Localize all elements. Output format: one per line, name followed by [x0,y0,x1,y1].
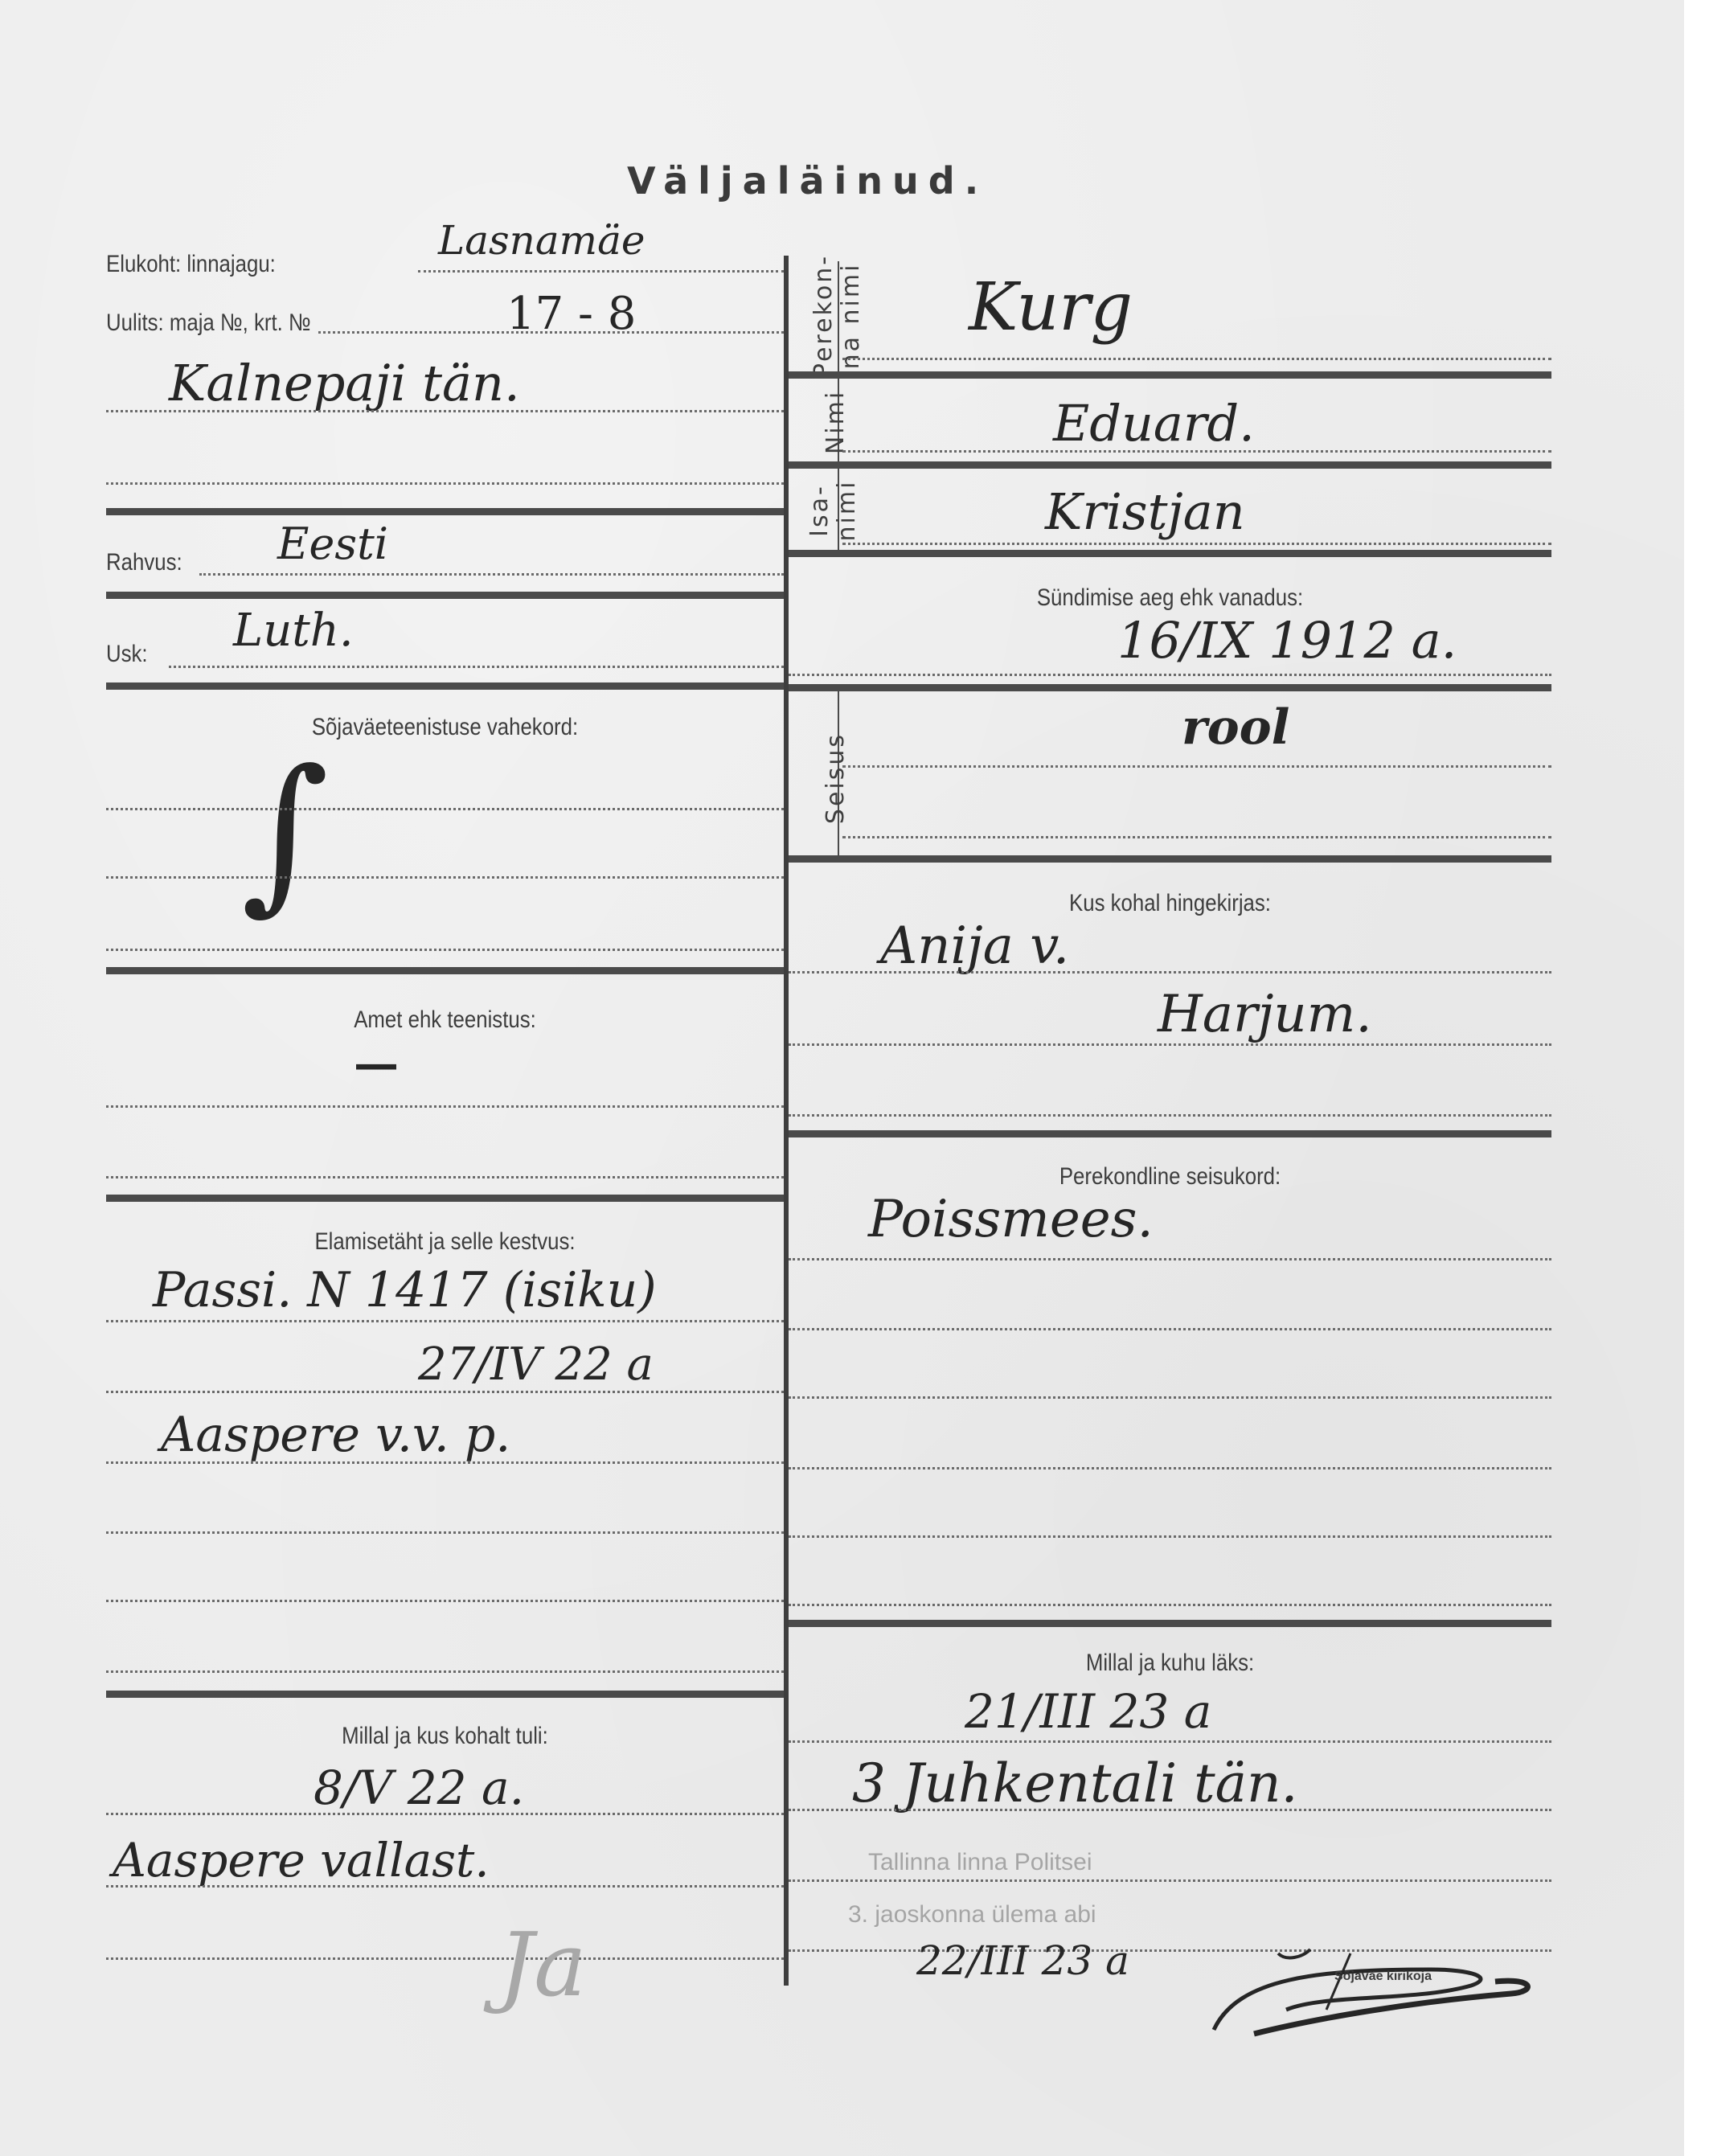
police-stamp-line-1: Tallinna linna Politsei [868,1849,1092,1876]
residence-permit-heading: Elamisetäht ja selle kestvus: [154,1228,736,1256]
dotted-line [789,1396,1551,1399]
street-number-value: 17 - 8 [506,288,636,340]
dotted-line [106,949,784,951]
arrival-heading: Millal ja kus kohalt tuli: [154,1723,736,1750]
dotted-line [789,1114,1551,1117]
dotted-line [106,1391,784,1393]
patronymic-value: Kristjan [1045,482,1245,541]
dotted-line [106,410,784,412]
occupation-value: — [354,1037,399,1090]
dotted-line [106,1600,784,1602]
birth-value: 16/IX 1912 a. [1117,611,1457,670]
status-label: Seisus [822,710,854,846]
pencil-initials: Ja [498,1913,587,2016]
dotted-line [789,1043,1551,1046]
section-divider [789,461,1551,469]
section-divider [789,1620,1551,1627]
dotted-line [169,666,784,668]
dotted-line [789,1467,1551,1469]
section-divider [789,1130,1551,1137]
dotted-line [106,1176,784,1178]
first-name-label: Nimi [822,374,854,470]
dotted-line [106,876,784,879]
section-divider [106,508,784,515]
arrival-value-1: 8/V 22 a. [314,1760,524,1815]
residence-permit-value-3: Aaspere v.v. p. [161,1407,510,1463]
residence-permit-value-2: 27/IV 22 a [418,1338,654,1391]
arrival-value-2: Aaspere vallast. [113,1833,490,1888]
dotted-line [199,573,784,576]
section-divider [106,967,784,974]
dotted-line [842,543,1551,545]
residence-label: Elukoht: linnajagu: [106,251,276,278]
stamp-date: 22/III 23 a [916,1937,1129,1984]
dotted-line [789,1535,1551,1538]
dotted-line [789,1809,1551,1811]
residence-value: Lasnamäe [438,217,645,264]
column-divider [784,256,789,1986]
section-divider [789,550,1551,557]
section-divider [789,684,1551,691]
surname-label: Perekon- na nimi [810,240,867,392]
dotted-line [789,1328,1551,1330]
dotted-line [106,1531,784,1534]
dotted-line [789,1740,1551,1743]
section-divider [789,855,1551,863]
signature-scribble-icon [1206,1945,1543,2042]
nationality-label: Rahvus: [106,549,182,576]
departure-heading: Millal ja kuhu läks: [842,1650,1498,1677]
dotted-line [106,1461,784,1464]
registry-value-2: Harjum. [1158,985,1372,1044]
family-status-value: Poissmees. [868,1190,1154,1249]
street-label: Uulits: maja №, krt. № [106,309,311,337]
status-value: rool [1182,699,1289,756]
section-divider [106,592,784,599]
page-title: Väljaläinud. [627,159,988,203]
nationality-value: Eesti [277,519,388,569]
birth-heading: Sündimise aeg ehk vanadus: [842,584,1498,612]
section-divider [106,1691,784,1698]
dotted-line [106,1813,784,1815]
dotted-line [106,1320,784,1322]
dotted-line [842,450,1551,453]
dotted-line [106,1105,784,1108]
dotted-line [842,765,1551,768]
registry-heading: Kus kohal hingekirjas: [842,890,1498,917]
street-value: Kalnepaji tän. [169,354,520,412]
religion-value: Luth. [233,605,354,657]
dotted-line [106,1957,784,1960]
dotted-line [789,971,1551,973]
section-divider [106,682,784,690]
residence-permit-value-1: Passi. N 1417 (isiku) [153,1262,657,1318]
family-status-heading: Perekondline seisukord: [842,1163,1498,1191]
police-stamp-line-2: 3. jaoskonna ülema abi [848,1901,1096,1929]
dotted-line [789,1879,1551,1882]
dotted-line [418,270,784,273]
registry-value-1: Anija v. [880,916,1069,976]
dotted-line [789,1604,1551,1606]
departure-value-2: 3 Juhkentali tän. [852,1752,1297,1814]
occupation-heading: Amet ehk teenistus: [154,1006,736,1034]
section-divider [789,371,1551,379]
first-name-value: Eduard. [1053,394,1255,453]
religion-label: Usk: [106,641,148,668]
dotted-line [842,358,1551,360]
surname-value: Kurg [969,269,1133,346]
dotted-line [789,1258,1551,1260]
dotted-line [106,808,784,810]
section-divider [106,1195,784,1202]
paper-sheet: Väljaläinud. Elukoht: linnajagu: Lasnamä… [0,0,1684,2156]
signature [1206,1945,1543,2042]
departure-value-1: 21/III 23 a [965,1684,1211,1739]
dotted-line [789,674,1551,676]
signature-print: Sõjaväe kirikoja [1334,1970,1432,1984]
dotted-line [106,482,784,485]
dotted-line [106,1885,784,1888]
dotted-line [106,1670,784,1673]
dotted-line [842,836,1551,838]
military-value: ∫ [241,748,329,916]
